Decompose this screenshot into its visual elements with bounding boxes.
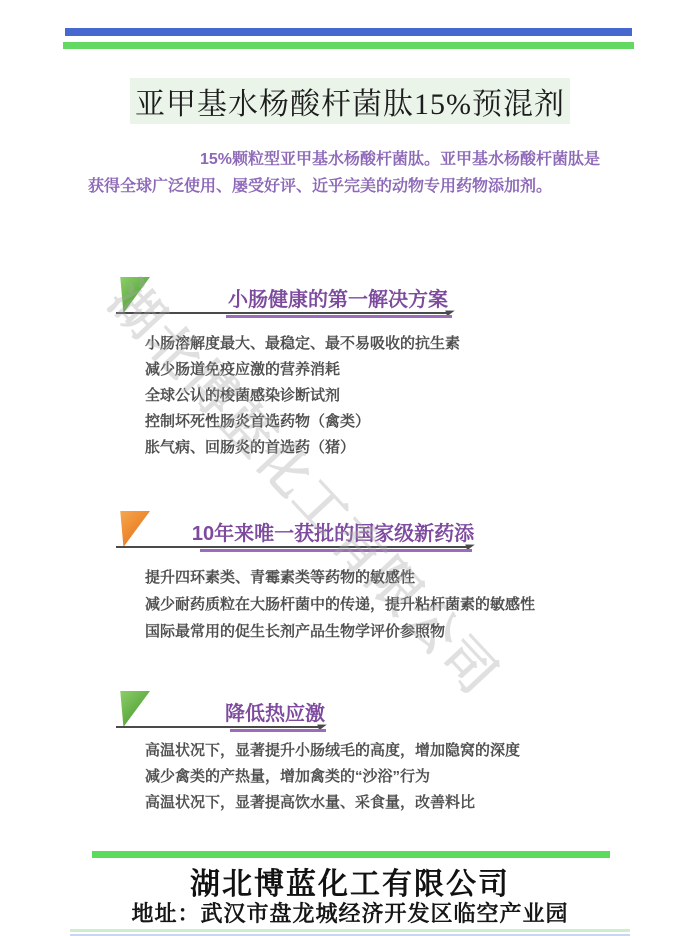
list-item: 国际最常用的促生长剂产品生物学评价参照物 <box>145 618 535 645</box>
benefit-list: 提升四环素类、青霉素类等药物的敏感性 减少耐药质粒在大肠杆菌中的传递，提升粘杆菌… <box>145 564 535 645</box>
section-heading: 降低热应激 <box>95 697 455 726</box>
intro-line-1: 15%颗粒型亚甲基水杨酸杆菌肽。亚甲基水杨酸杆菌肽是 <box>88 146 568 173</box>
intro-line-2: 获得全球广泛使用、屡受好评、近乎完美的动物专用药物添加剂。 <box>88 173 568 200</box>
list-item: 提升四环素类、青霉素类等药物的敏感性 <box>145 564 535 591</box>
footer-green-bar <box>92 851 610 858</box>
heading-underline <box>226 315 452 318</box>
benefit-list: 高温状况下，显著提升小肠绒毛的高度，增加隐窝的深度 减少禽类的产热量，增加禽类的… <box>145 738 520 816</box>
section-arrow-line <box>116 546 468 548</box>
list-item: 减少肠道免疫应激的营养消耗 <box>145 357 460 383</box>
list-item: 全球公认的梭菌感染诊断试剂 <box>145 383 460 409</box>
section-arrow-line <box>116 726 320 728</box>
bottom-stripe-green <box>70 929 630 932</box>
product-flyer-page: 亚甲基水杨酸杆菌肽15%预混剂 15%颗粒型亚甲基水杨酸杆菌肽。亚甲基水杨酸杆菌… <box>0 0 700 936</box>
list-item: 减少禽类的产热量，增加禽类的“沙浴”行为 <box>145 764 520 790</box>
benefit-list: 小肠溶解度最大、最稳定、最不易吸收的抗生素 减少肠道免疫应激的营养消耗 全球公认… <box>145 331 460 461</box>
heading-underline <box>230 729 326 732</box>
product-title-banner: 亚甲基水杨酸杆菌肽15%预混剂 <box>130 78 570 124</box>
list-item: 减少耐药质粒在大肠杆菌中的传递，提升粘杆菌素的敏感性 <box>145 591 535 618</box>
intro-paragraph: 15%颗粒型亚甲基水杨酸杆菌肽。亚甲基水杨酸杆菌肽是 获得全球广泛使用、屡受好评… <box>88 146 568 200</box>
top-stripe-blue <box>65 28 632 36</box>
list-item: 控制坏死性肠炎首选药物（禽类） <box>145 409 460 435</box>
list-item: 胀气病、回肠炎的首选药（猪） <box>145 435 460 461</box>
section-heading: 小肠健康的第一解决方案 <box>158 283 518 312</box>
heading-underline <box>200 549 472 552</box>
list-item: 高温状况下，显著提高饮水量、采食量，改善料比 <box>145 790 520 816</box>
section-triangle-icon <box>118 277 150 313</box>
section-heading: 10年来唯一获批的国家级新药添 <box>153 517 513 546</box>
company-address: 地址：武汉市盘龙城经济开发区临空产业园 <box>0 897 700 928</box>
top-stripe-green <box>63 42 634 49</box>
product-title: 亚甲基水杨酸杆菌肽15%预混剂 <box>135 79 565 123</box>
list-item: 高温状况下，显著提升小肠绒毛的高度，增加隐窝的深度 <box>145 738 520 764</box>
section-triangle-icon <box>118 511 150 547</box>
section-arrow-line <box>116 312 448 314</box>
list-item: 小肠溶解度最大、最稳定、最不易吸收的抗生素 <box>145 331 460 357</box>
